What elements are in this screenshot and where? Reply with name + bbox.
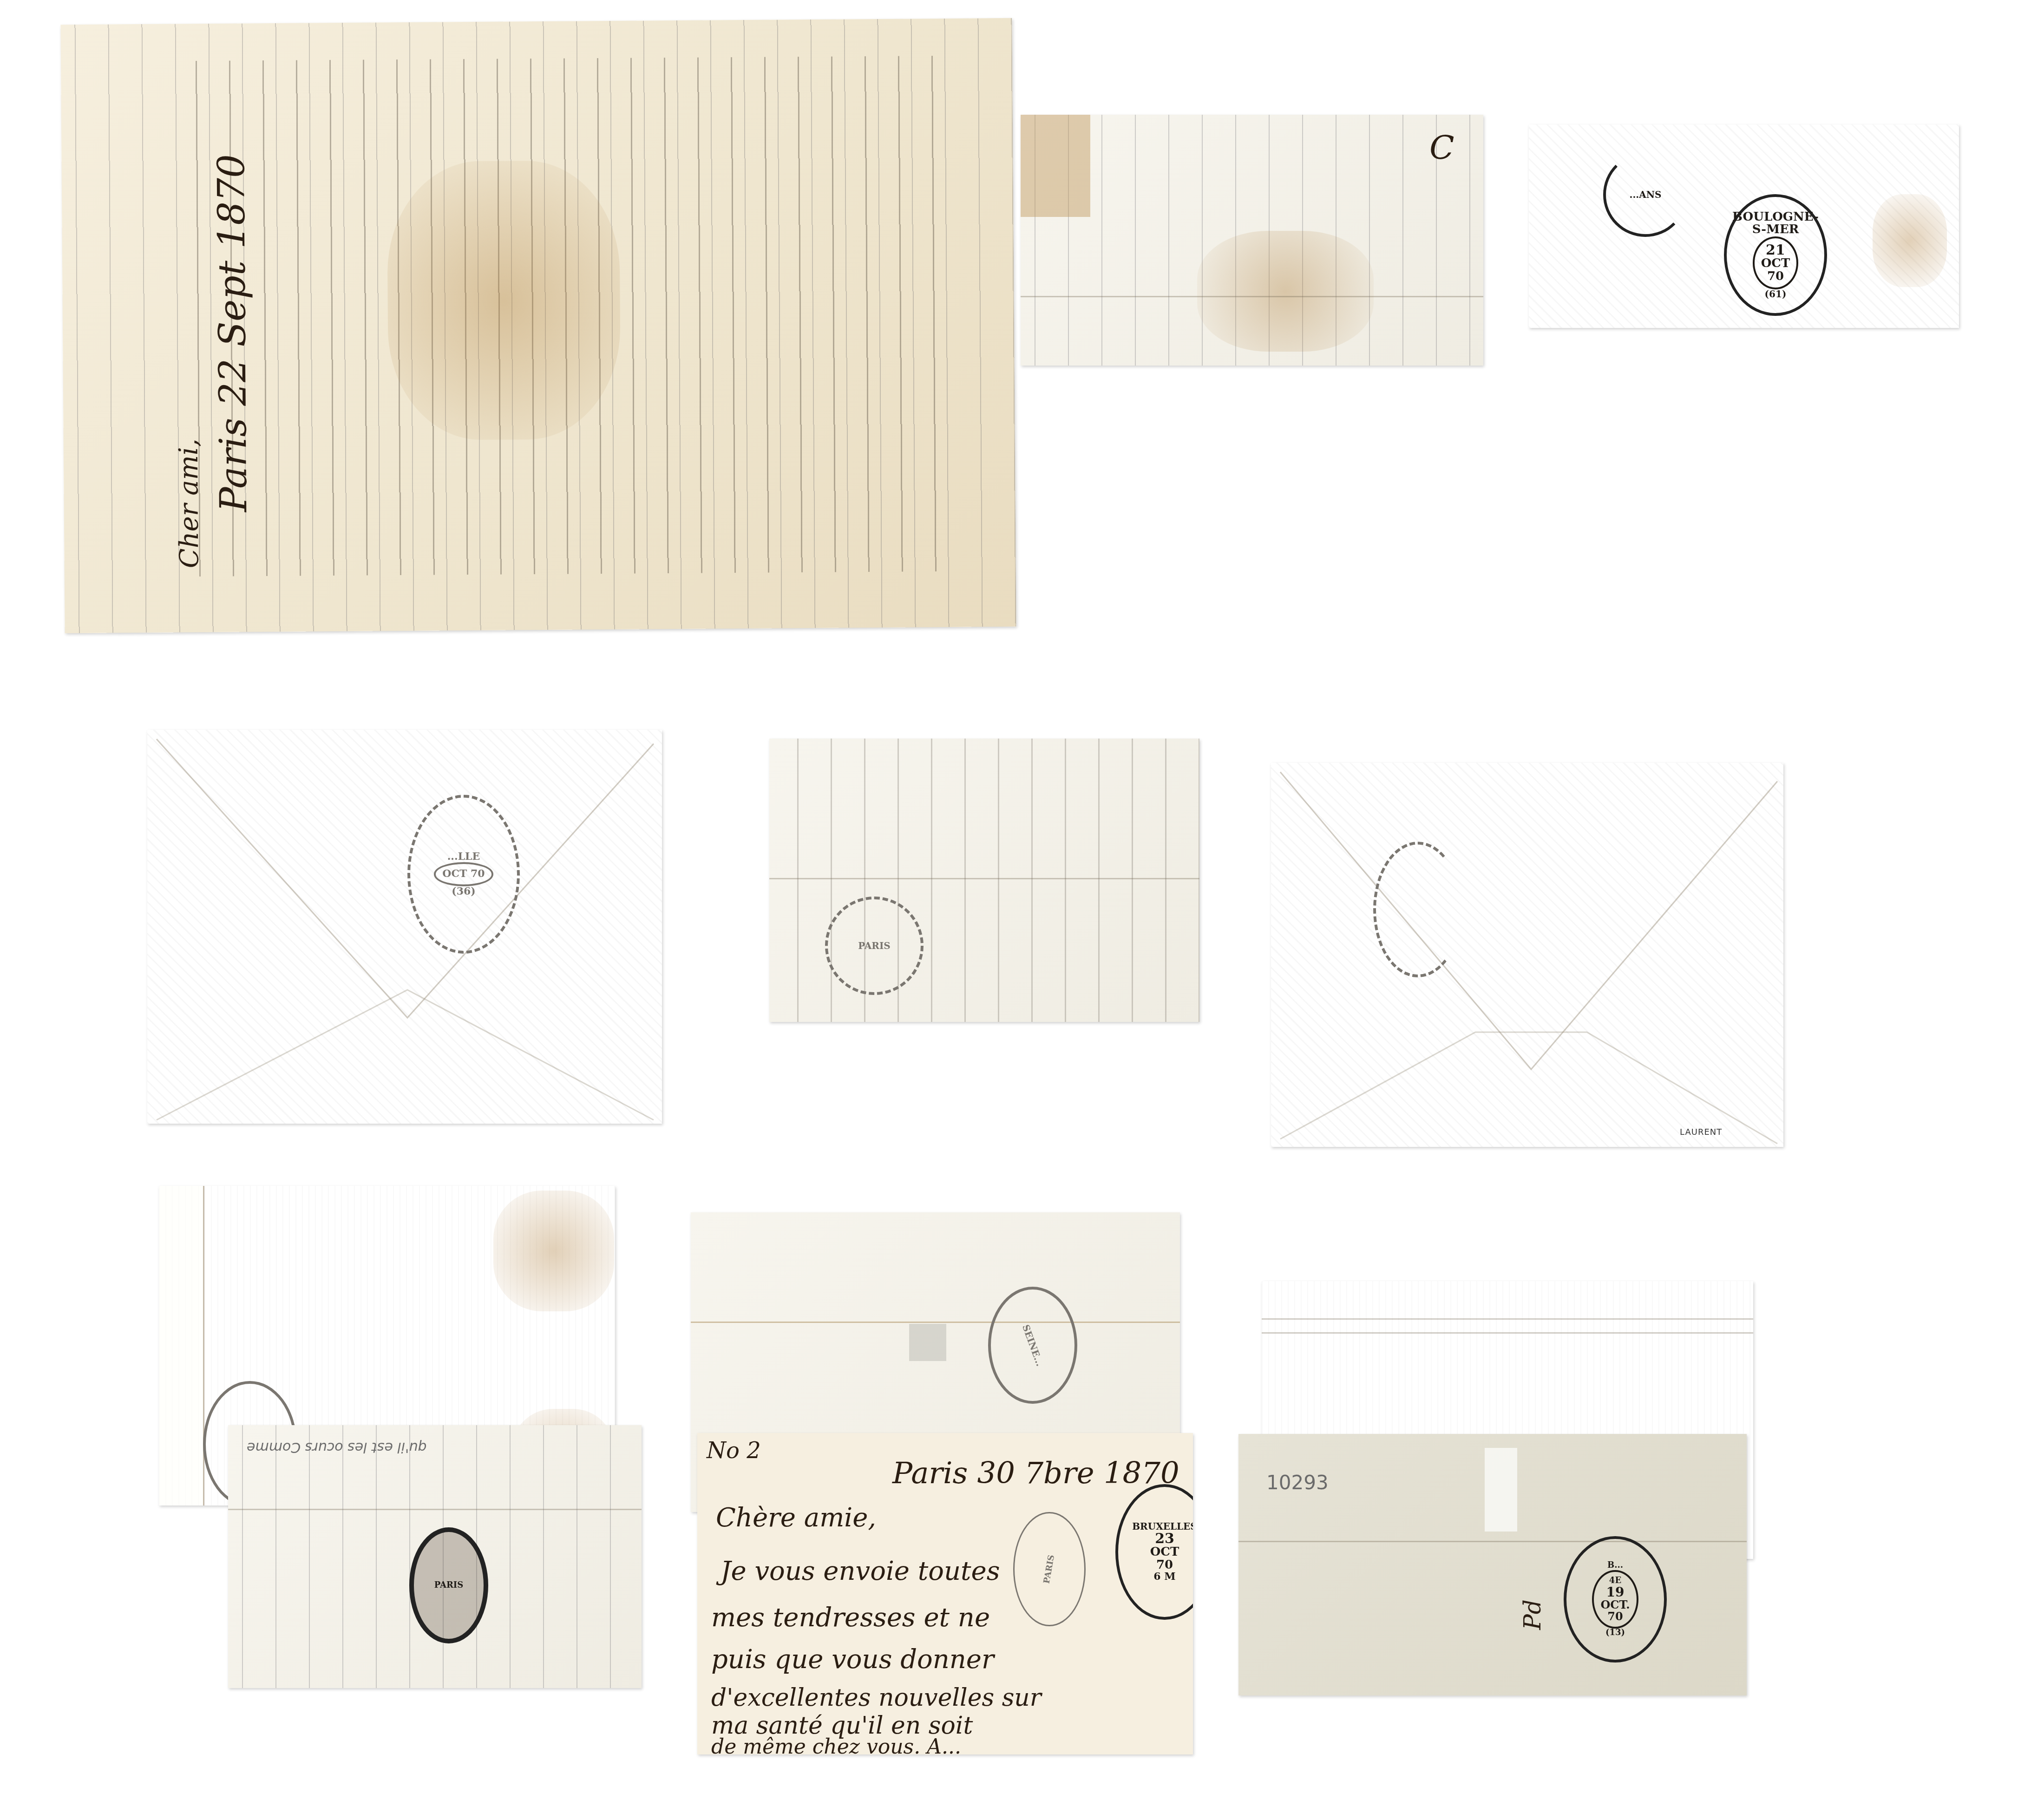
letter-salutation: Cher ami, xyxy=(174,439,205,568)
folded-letter-row4-right: 10293 Pd B... 4E 19 OCT. 70 (13) xyxy=(1238,1434,1747,1695)
fold-line xyxy=(1238,1541,1747,1542)
fold-line xyxy=(1021,296,1483,297)
postcard-date: Paris 30 7bre 1870 xyxy=(892,1456,1179,1491)
inventory-number: 10293 xyxy=(1266,1471,1329,1494)
envelope-row2-right: LAURENT xyxy=(1271,763,1783,1147)
postmark-36: ...LLE OCT 70 (36) xyxy=(407,795,520,954)
envelope-row2-left: ...LLE OCT 70 (36) xyxy=(147,730,662,1124)
oct19-postmark: B... 4E 19 OCT. 70 (13) xyxy=(1564,1536,1667,1663)
partial-postmark: SEINE... xyxy=(988,1287,1077,1404)
fold-stain xyxy=(1197,231,1374,352)
maker-mark: LAURENT xyxy=(1680,1127,1722,1137)
postcard-line-1: Chère amie, xyxy=(716,1503,876,1533)
letter-date-heading: Paris 22 Sept 1870 xyxy=(210,154,255,512)
fold-line xyxy=(1262,1332,1753,1334)
boulogne-postmark: BOULOGNE-S-MER 21 OCT 70 (61) xyxy=(1724,194,1827,316)
main-letter: Paris 22 Sept 1870 Cher ami, xyxy=(60,18,1016,633)
envelope-flap-lines xyxy=(147,730,662,1124)
fold-line xyxy=(769,878,1199,879)
seal-remnant xyxy=(909,1324,946,1361)
pen-marking: Pd xyxy=(1519,1599,1546,1630)
folded-letter-top-right: BOULOGNE-S-MER 21 OCT 70 (61) ...ANS xyxy=(1529,124,1959,328)
paper-stain xyxy=(1021,115,1090,217)
envelope-side-flap xyxy=(159,1186,204,1505)
partial-postmark: ...ANS xyxy=(1603,152,1688,237)
postcard-line-2: Je vous envoie toutes xyxy=(721,1556,1000,1586)
postcard-no2: No 2 Paris 30 7bre 1870 Chère amie, Je v… xyxy=(697,1433,1193,1754)
fold-line xyxy=(228,1509,642,1510)
postcard-line-5: d'excellentes nouvelles sur xyxy=(711,1684,1042,1712)
postcard-line-7: de même chez vous. A... xyxy=(711,1735,961,1754)
handwriting-lines xyxy=(769,739,1199,1022)
postcard-line-3: mes tendresses et ne xyxy=(711,1603,990,1633)
postcard-number: No 2 xyxy=(707,1438,761,1464)
postcard-line-4: puis que vous donner xyxy=(711,1644,994,1675)
folded-letter-top-middle: C xyxy=(1021,115,1483,366)
corner-stain xyxy=(493,1191,614,1311)
upside-down-handwriting: qu'il est les ocurs Comme xyxy=(247,1439,426,1455)
foxing-stain xyxy=(387,160,621,440)
bruxelles-postmark: BRUXELLES 23 OCT 70 6 M xyxy=(1115,1484,1193,1620)
paris-postmark: PARIS xyxy=(825,897,924,995)
folded-letter-row2-middle: PARIS xyxy=(769,739,1199,1022)
folded-letter-row4-left: qu'il est les ocurs Comme PARIS xyxy=(228,1425,642,1688)
envelope-flap-lines xyxy=(1271,763,1783,1147)
letter-marking: C xyxy=(1429,129,1454,167)
fold-line xyxy=(1262,1318,1753,1320)
paper-stain xyxy=(1873,194,1947,287)
seal-remnant xyxy=(1485,1448,1517,1532)
paris-postmark: PARIS xyxy=(1013,1512,1086,1626)
paris-postmark-heavy: PARIS xyxy=(409,1527,488,1643)
fold-line xyxy=(691,1322,1180,1323)
partial-postmark xyxy=(1373,842,1462,977)
